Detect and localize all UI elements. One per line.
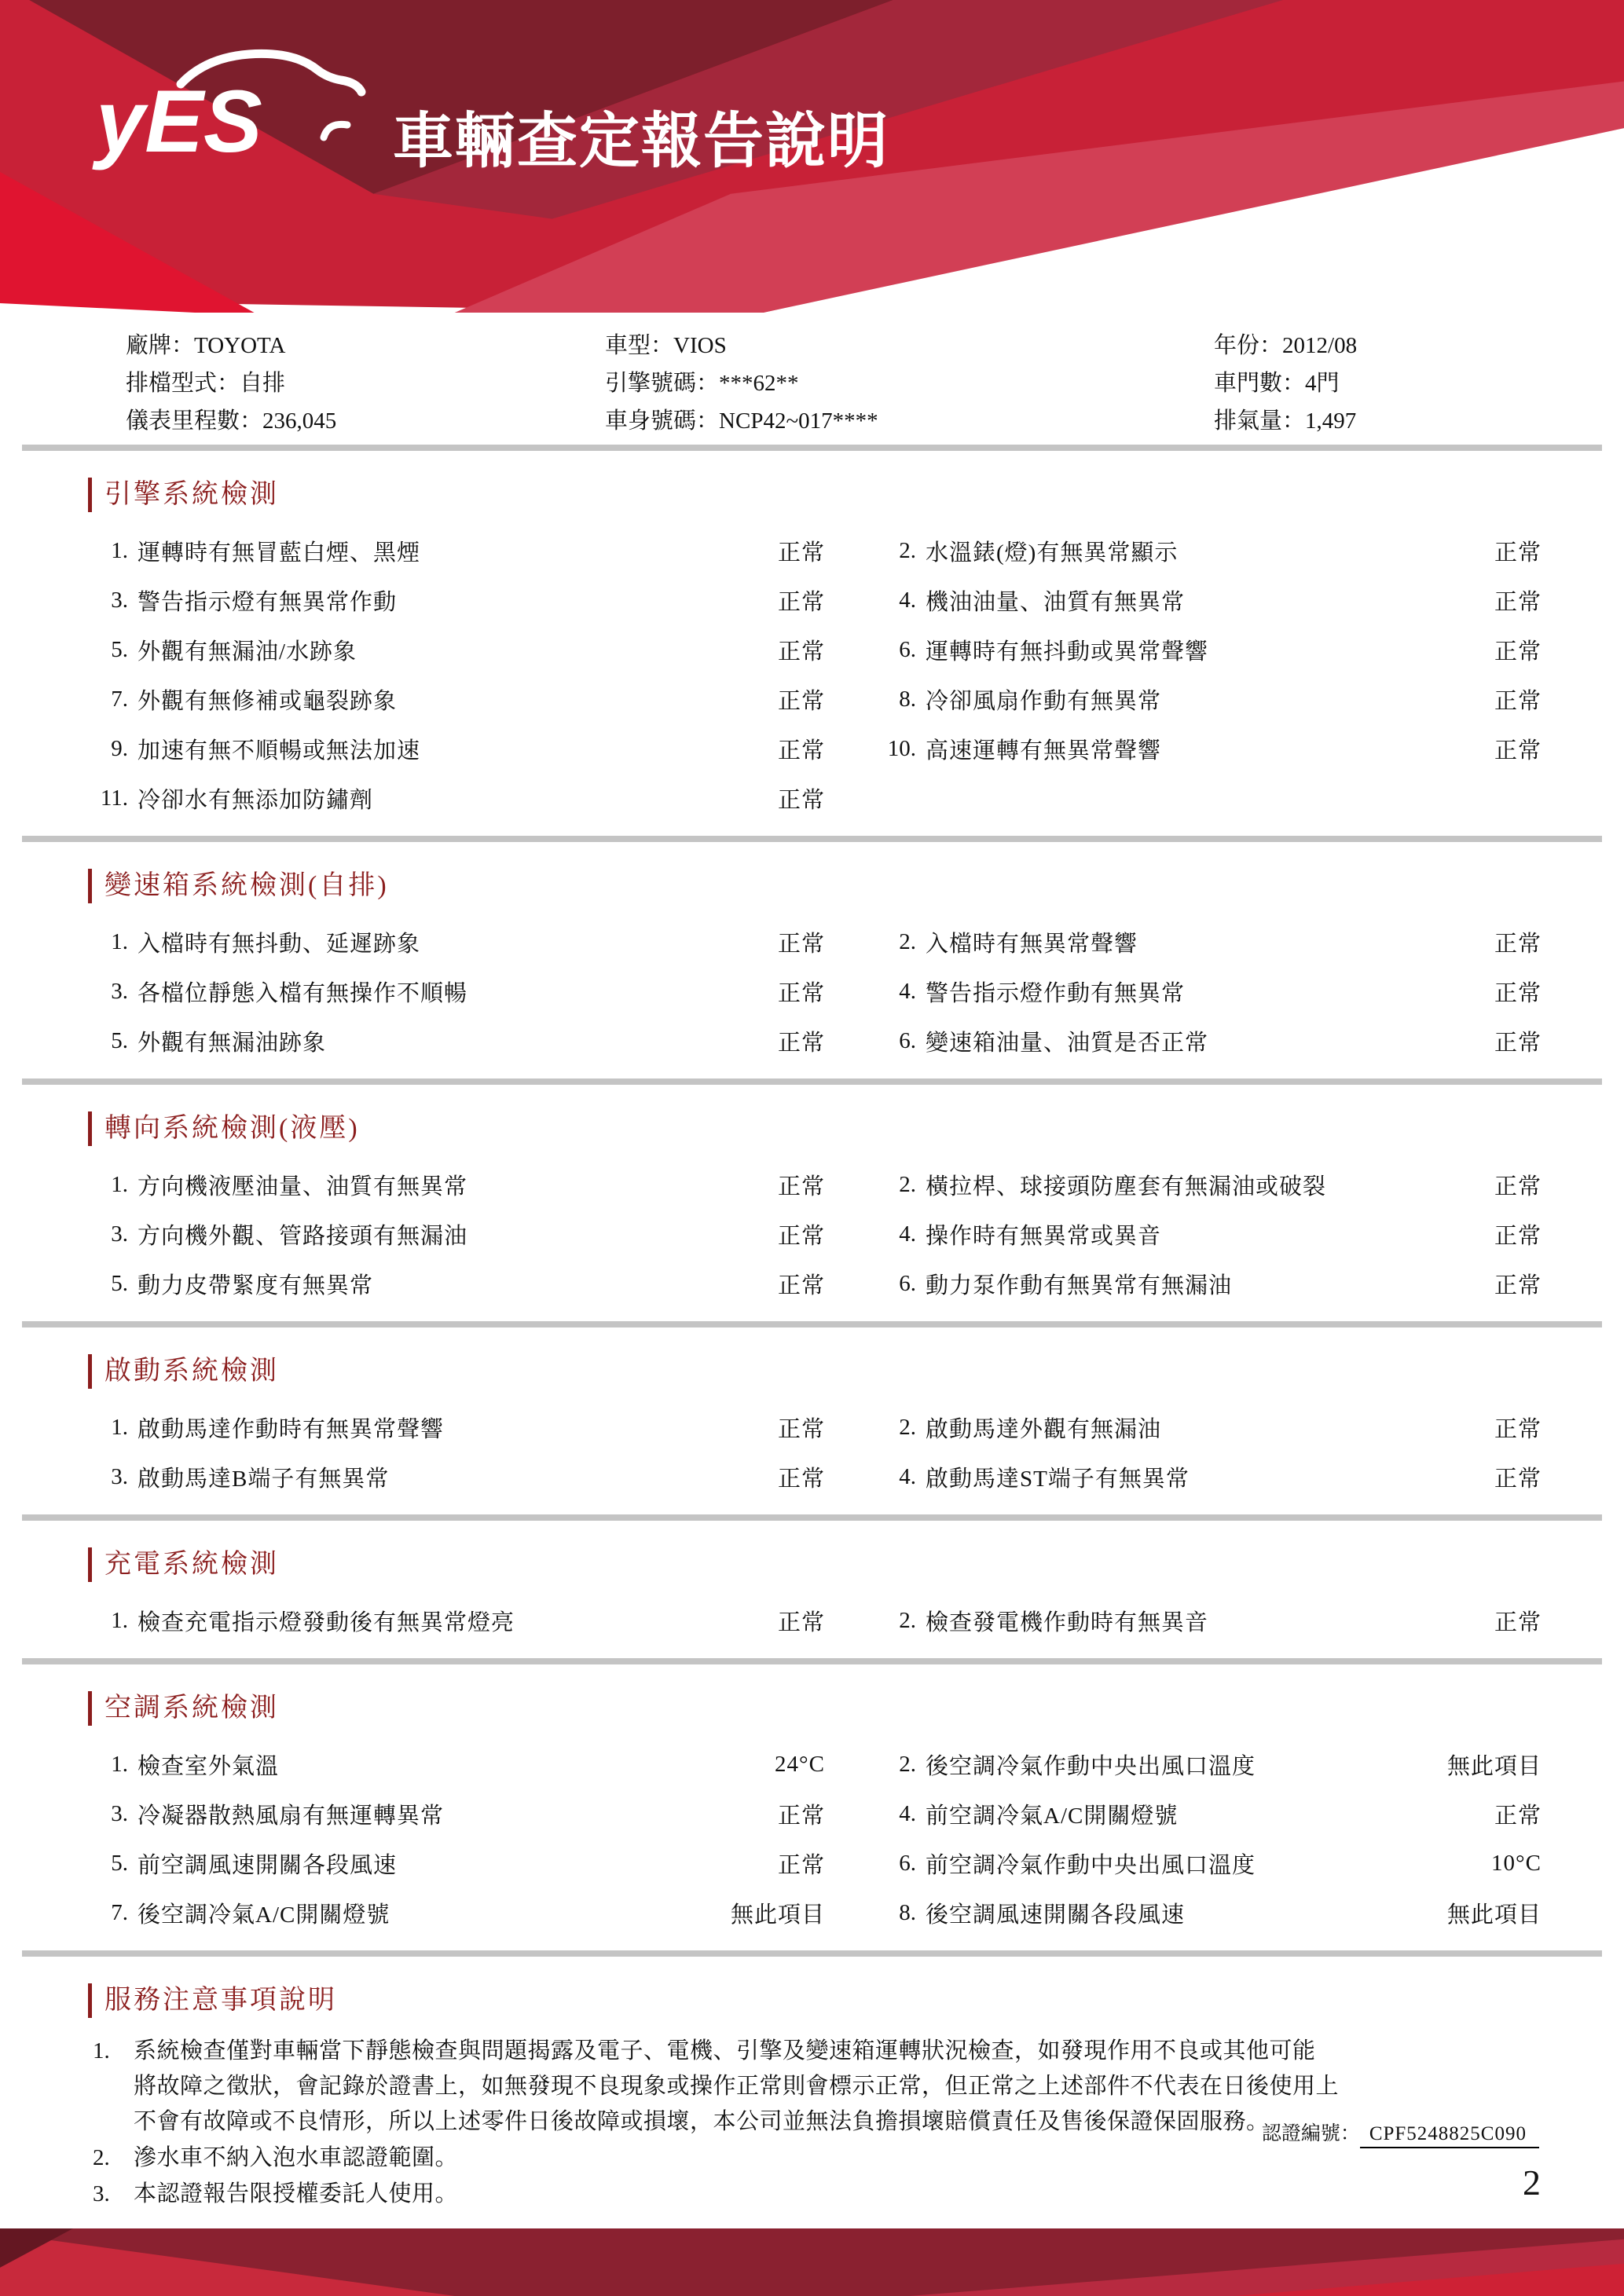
item-result: 正常 <box>676 733 825 765</box>
inspection-item: 4.前空調冷氣A/C開關燈號正常 <box>871 1798 1542 1830</box>
vehicle-info-field: 車型：VIOS <box>605 327 1214 364</box>
item-number: 1. <box>82 1415 128 1441</box>
item-label: 入檔時有無抖動、延遲跡象 <box>128 926 676 958</box>
item-result: 正常 <box>1392 683 1542 716</box>
vehicle-info-value: TOYOTA <box>194 333 285 358</box>
item-number: 4. <box>871 588 916 613</box>
item-number: 3. <box>82 979 128 1005</box>
item-result: 正常 <box>1392 1461 1542 1493</box>
item-number: 3. <box>82 1801 128 1827</box>
item-result: 正常 <box>676 1847 825 1880</box>
item-row: 3.啟動馬達B端子有無異常正常4.啟動馬達ST端子有無異常正常 <box>0 1452 1624 1502</box>
vehicle-info: 廠牌：TOYOTA車型：VIOS年份：2012/08排檔型式：自排引擎號碼：**… <box>0 313 1624 440</box>
item-label: 啟動馬達外觀有無漏油 <box>916 1412 1392 1444</box>
item-label: 變速箱油量、油質是否正常 <box>916 1025 1392 1057</box>
item-number: 2. <box>871 538 916 564</box>
item-number: 6. <box>871 637 916 663</box>
yes-logo-text: yES <box>92 72 262 170</box>
divider <box>22 445 1602 451</box>
note-number: 2. <box>93 2140 134 2176</box>
item-result: 正常 <box>676 976 825 1008</box>
item-label: 警告指示燈作動有無異常 <box>916 976 1392 1008</box>
inspection-item: 4.操作時有無異常或異音正常 <box>871 1218 1542 1251</box>
item-number: 1. <box>82 1608 128 1634</box>
item-number: 10. <box>871 736 916 762</box>
vehicle-info-field: 排檔型式：自排 <box>126 364 605 402</box>
item-result: 正常 <box>676 1025 825 1057</box>
item-row: 5.外觀有無漏油跡象正常6.變速箱油量、油質是否正常正常 <box>0 1016 1624 1066</box>
item-row: 1.檢查充電指示燈發動後有無異常燈亮正常2.檢查發電機作動時有無異音正常 <box>0 1596 1624 1646</box>
item-result: 正常 <box>676 1218 825 1251</box>
inspection-item: 8.後空調風速開關各段風速無此項目 <box>871 1897 1542 1929</box>
section-items: 1.檢查充電指示燈發動後有無異常燈亮正常2.檢查發電機作動時有無異音正常 <box>0 1596 1624 1646</box>
item-row: 1.入檔時有無抖動、延遲跡象正常2.入檔時有無異常聲響正常 <box>0 917 1624 967</box>
report-body: 引擎系統檢測1.運轉時有無冒藍白煙、黑煙正常2.水溫錶(燈)有無異常顯示正常3.… <box>0 478 1624 2212</box>
item-result: 正常 <box>676 683 825 716</box>
item-result: 正常 <box>1392 634 1542 666</box>
vehicle-info-field: 車身號碼：NCP42~017**** <box>605 402 1214 440</box>
vehicle-info-field: 排氣量：1,497 <box>1214 402 1624 440</box>
item-number: 5. <box>82 637 128 663</box>
section-title: 空調系統檢測 <box>88 1691 279 1726</box>
item-number: 3. <box>82 588 128 613</box>
inspection-item: 1.檢查室外氣溫24°C <box>82 1749 825 1781</box>
item-result: 10°C <box>1392 1851 1542 1877</box>
page-number: 2 <box>1523 2162 1541 2203</box>
item-label: 動力泵作動有無異常有無漏油 <box>916 1268 1392 1300</box>
vehicle-info-value: NCP42~017**** <box>719 408 878 434</box>
report-page: yES 車輛查定報告說明 廠牌：TOYOTA車型：VIOS年份：2012/08排… <box>0 0 1624 2296</box>
inspection-item: 5.動力皮帶緊度有無異常正常 <box>82 1268 825 1300</box>
section-title: 引擎系統檢測 <box>88 478 279 512</box>
item-label: 水溫錶(燈)有無異常顯示 <box>916 535 1392 567</box>
inspection-item: 2.橫拉桿、球接頭防塵套有無漏油或破裂正常 <box>871 1169 1542 1201</box>
item-number: 2. <box>871 929 916 955</box>
inspection-item: 1.方向機液壓油量、油質有無異常正常 <box>82 1169 825 1201</box>
item-label: 後空調冷氣A/C開關燈號 <box>128 1897 676 1929</box>
item-number: 2. <box>871 1172 916 1198</box>
inspection-item: 3.警告指示燈有無異常作動正常 <box>82 584 825 617</box>
inspection-item: 2.水溫錶(燈)有無異常顯示正常 <box>871 535 1542 567</box>
certification-number: CPF5248825C090 <box>1360 2123 1539 2148</box>
item-result: 正常 <box>676 1412 825 1444</box>
item-result: 正常 <box>1392 1218 1542 1251</box>
divider <box>22 836 1602 842</box>
item-label: 操作時有無異常或異音 <box>916 1218 1392 1251</box>
inspection-item: 5.外觀有無漏油/水跡象正常 <box>82 634 825 666</box>
yes-logo: yES <box>88 43 387 185</box>
item-number: 1. <box>82 538 128 564</box>
vehicle-info-value: 4門 <box>1305 371 1340 396</box>
vehicle-info-value: 236,045 <box>262 408 336 434</box>
item-label: 各檔位靜態入檔有無操作不順暢 <box>128 976 676 1008</box>
vehicle-info-label: 排氣量 <box>1214 408 1282 434</box>
inspection-item: 7.外觀有無修補或龜裂跡象正常 <box>82 683 825 716</box>
inspection-item: 9.加速有無不順暢或無法加速正常 <box>82 733 825 765</box>
vehicle-info-field: 儀表里程數：236,045 <box>126 402 605 440</box>
item-label: 方向機外觀、管路接頭有無漏油 <box>128 1218 676 1251</box>
vehicle-info-value: ***62** <box>719 371 799 396</box>
inspection-item: 7.後空調冷氣A/C開關燈號無此項目 <box>82 1897 825 1929</box>
item-result: 正常 <box>1392 1605 1542 1637</box>
item-number: 2. <box>871 1752 916 1778</box>
item-row: 3.警告指示燈有無異常作動正常4.機油油量、油質有無異常正常 <box>0 576 1624 625</box>
item-label: 加速有無不順暢或無法加速 <box>128 733 676 765</box>
inspection-item: 6.前空調冷氣作動中央出風口溫度10°C <box>871 1847 1542 1880</box>
vehicle-info-label: 年份 <box>1214 333 1259 358</box>
item-number: 7. <box>82 687 128 712</box>
vehicle-info-field: 引擎號碼：***62** <box>605 364 1214 402</box>
inspection-item: 8.冷卻風扇作動有無異常正常 <box>871 683 1542 716</box>
item-number: 6. <box>871 1271 916 1297</box>
item-row: 5.外觀有無漏油/水跡象正常6.運轉時有無抖動或異常聲響正常 <box>0 625 1624 675</box>
inspection-item: 1.檢查充電指示燈發動後有無異常燈亮正常 <box>82 1605 825 1637</box>
item-label: 橫拉桿、球接頭防塵套有無漏油或破裂 <box>916 1169 1392 1201</box>
item-row: 9.加速有無不順暢或無法加速正常10.高速運轉有無異常聲響正常 <box>0 724 1624 774</box>
item-number: 1. <box>82 929 128 955</box>
item-row: 7.後空調冷氣A/C開關燈號無此項目8.後空調風速開關各段風速無此項目 <box>0 1888 1624 1938</box>
vehicle-info-field: 車門數：4門 <box>1214 364 1624 402</box>
item-result: 正常 <box>1392 976 1542 1008</box>
section-title: 啟動系統檢測 <box>88 1354 279 1389</box>
item-label: 入檔時有無異常聲響 <box>916 926 1392 958</box>
item-label: 冷卻風扇作動有無異常 <box>916 683 1392 716</box>
divider <box>22 1514 1602 1521</box>
inspection-item: 2.後空調冷氣作動中央出風口溫度無此項目 <box>871 1749 1542 1781</box>
inspection-item: 1.運轉時有無冒藍白煙、黑煙正常 <box>82 535 825 567</box>
yes-car-logo-icon: yES <box>88 43 387 185</box>
section-items: 1.方向機液壓油量、油質有無異常正常2.橫拉桿、球接頭防塵套有無漏油或破裂正常3… <box>0 1160 1624 1309</box>
item-number: 4. <box>871 1464 916 1490</box>
item-label: 前空調風速開關各段風速 <box>128 1847 676 1880</box>
vehicle-info-value: VIOS <box>673 333 727 358</box>
note-text: 本認證報告限授權委託人使用。 <box>134 2177 1531 2212</box>
inspection-item: 5.外觀有無漏油跡象正常 <box>82 1025 825 1057</box>
item-row: 3.方向機外觀、管路接頭有無漏油正常4.操作時有無異常或異音正常 <box>0 1210 1624 1259</box>
item-result: 正常 <box>676 584 825 617</box>
section-title: 轉向系統檢測(液壓) <box>88 1111 360 1146</box>
divider <box>22 1321 1602 1327</box>
certification-line: 認證編號：CPF5248825C090 <box>1262 2118 1539 2146</box>
item-label: 機油油量、油質有無異常 <box>916 584 1392 617</box>
inspection-item: 2.入檔時有無異常聲響正常 <box>871 926 1542 958</box>
item-number: 2. <box>871 1415 916 1441</box>
inspection-item: 6.變速箱油量、油質是否正常正常 <box>871 1025 1542 1057</box>
item-result: 正常 <box>676 926 825 958</box>
item-result: 正常 <box>1392 926 1542 958</box>
section-items: 1.運轉時有無冒藍白煙、黑煙正常2.水溫錶(燈)有無異常顯示正常3.警告指示燈有… <box>0 526 1624 823</box>
item-result: 正常 <box>1392 535 1542 567</box>
inspection-item: 3.啟動馬達B端子有無異常正常 <box>82 1461 825 1493</box>
item-number: 8. <box>871 1900 916 1926</box>
item-result: 正常 <box>1392 733 1542 765</box>
item-label: 方向機液壓油量、油質有無異常 <box>128 1169 676 1201</box>
item-label: 外觀有無漏油/水跡象 <box>128 634 676 666</box>
item-result: 正常 <box>676 1169 825 1201</box>
item-label: 高速運轉有無異常聲響 <box>916 733 1392 765</box>
inspection-item: 3.各檔位靜態入檔有無操作不順暢正常 <box>82 976 825 1008</box>
notes-title: 服務注意事項說明 <box>88 1983 337 2018</box>
vehicle-info-label: 儀表里程數 <box>126 408 240 434</box>
page-title: 車輛查定報告說明 <box>393 93 889 180</box>
item-result: 正常 <box>676 782 825 815</box>
item-result: 正常 <box>1392 1268 1542 1300</box>
inspection-item: 6.運轉時有無抖動或異常聲響正常 <box>871 634 1542 666</box>
item-result: 無此項目 <box>676 1897 825 1929</box>
vehicle-info-label: 車型 <box>605 333 651 358</box>
vehicle-info-label: 引擎號碼 <box>605 371 696 396</box>
inspection-item: 1.啟動馬達作動時有無異常聲響正常 <box>82 1412 825 1444</box>
item-label: 外觀有無漏油跡象 <box>128 1025 676 1057</box>
item-label: 冷凝器散熱風扇有無運轉異常 <box>128 1798 676 1830</box>
note-number: 3. <box>93 2177 134 2212</box>
item-label: 後空調風速開關各段風速 <box>916 1897 1392 1929</box>
inspection-item: 11.冷卻水有無添加防鏽劑正常 <box>82 782 825 815</box>
item-number: 5. <box>82 1271 128 1297</box>
item-label: 檢查充電指示燈發動後有無異常燈亮 <box>128 1605 676 1637</box>
inspection-item: 5.前空調風速開關各段風速正常 <box>82 1847 825 1880</box>
item-result: 正常 <box>676 1605 825 1637</box>
vehicle-info-value: 1,497 <box>1305 408 1356 434</box>
item-result: 正常 <box>1392 1798 1542 1830</box>
item-label: 動力皮帶緊度有無異常 <box>128 1268 676 1300</box>
divider <box>22 1658 1602 1664</box>
vehicle-info-label: 車門數 <box>1214 371 1282 396</box>
item-label: 啟動馬達B端子有無異常 <box>128 1461 676 1493</box>
item-label: 啟動馬達作動時有無異常聲響 <box>128 1412 676 1444</box>
item-result: 正常 <box>676 1461 825 1493</box>
section-items: 1.入檔時有無抖動、延遲跡象正常2.入檔時有無異常聲響正常3.各檔位靜態入檔有無… <box>0 917 1624 1066</box>
item-label: 前空調冷氣A/C開關燈號 <box>916 1798 1392 1830</box>
item-result: 正常 <box>676 1798 825 1830</box>
item-number: 6. <box>871 1028 916 1054</box>
item-label: 啟動馬達ST端子有無異常 <box>916 1461 1392 1493</box>
item-label: 運轉時有無冒藍白煙、黑煙 <box>128 535 676 567</box>
item-row: 1.啟動馬達作動時有無異常聲響正常2.啟動馬達外觀有無漏油正常 <box>0 1403 1624 1452</box>
item-row: 5.動力皮帶緊度有無異常正常6.動力泵作動有無異常有無漏油正常 <box>0 1259 1624 1309</box>
item-result: 正常 <box>676 1268 825 1300</box>
item-label: 檢查室外氣溫 <box>128 1749 676 1781</box>
item-number: 3. <box>82 1221 128 1247</box>
item-result: 正常 <box>1392 1169 1542 1201</box>
inspection-item: 4.警告指示燈作動有無異常正常 <box>871 976 1542 1008</box>
item-row: 1.檢查室外氣溫24°C2.後空調冷氣作動中央出風口溫度無此項目 <box>0 1740 1624 1789</box>
item-label: 警告指示燈有無異常作動 <box>128 584 676 617</box>
item-number: 5. <box>82 1851 128 1877</box>
item-row: 1.方向機液壓油量、油質有無異常正常2.橫拉桿、球接頭防塵套有無漏油或破裂正常 <box>0 1160 1624 1210</box>
item-result: 正常 <box>1392 1025 1542 1057</box>
item-number: 8. <box>871 687 916 712</box>
header-banner: yES 車輛查定報告說明 <box>0 0 1624 313</box>
inspection-item: 10.高速運轉有無異常聲響正常 <box>871 733 1542 765</box>
section-title: 充電系統檢測 <box>88 1547 279 1582</box>
item-result: 24°C <box>676 1752 825 1778</box>
note-number: 1. <box>93 2034 134 2140</box>
item-number: 6. <box>871 1851 916 1877</box>
divider <box>22 1950 1602 1957</box>
inspection-item: 3.冷凝器散熱風扇有無運轉異常正常 <box>82 1798 825 1830</box>
note-item: 3.本認證報告限授權委託人使用。 <box>93 2177 1531 2212</box>
vehicle-info-field: 年份：2012/08 <box>1214 327 1624 364</box>
vehicle-info-label: 排檔型式 <box>126 371 217 396</box>
inspection-item: 2.啟動馬達外觀有無漏油正常 <box>871 1412 1542 1444</box>
item-label: 冷卻水有無添加防鏽劑 <box>128 782 676 815</box>
footer-banner <box>0 2228 1624 2296</box>
item-label: 後空調冷氣作動中央出風口溫度 <box>916 1749 1392 1781</box>
item-row: 3.冷凝器散熱風扇有無運轉異常正常4.前空調冷氣A/C開關燈號正常 <box>0 1789 1624 1839</box>
item-number: 4. <box>871 1801 916 1827</box>
item-label: 運轉時有無抖動或異常聲響 <box>916 634 1392 666</box>
inspection-item: 6.動力泵作動有無異常有無漏油正常 <box>871 1268 1542 1300</box>
section-items: 1.檢查室外氣溫24°C2.後空調冷氣作動中央出風口溫度無此項目3.冷凝器散熱風… <box>0 1740 1624 1938</box>
divider <box>22 1078 1602 1085</box>
item-result: 正常 <box>676 634 825 666</box>
item-number: 2. <box>871 1608 916 1634</box>
item-result: 無此項目 <box>1392 1749 1542 1781</box>
section-title: 變速箱系統檢測(自排) <box>88 869 389 903</box>
item-number: 1. <box>82 1752 128 1778</box>
item-number: 1. <box>82 1172 128 1198</box>
item-row: 3.各檔位靜態入檔有無操作不順暢正常4.警告指示燈作動有無異常正常 <box>0 967 1624 1016</box>
item-result: 正常 <box>676 535 825 567</box>
inspection-item: 4.機油油量、油質有無異常正常 <box>871 584 1542 617</box>
item-row: 11.冷卻水有無添加防鏽劑正常 <box>0 774 1624 823</box>
item-result: 無此項目 <box>1392 1897 1542 1929</box>
item-number: 3. <box>82 1464 128 1490</box>
certification-label: 認證編號： <box>1262 2123 1360 2144</box>
item-row: 1.運轉時有無冒藍白煙、黑煙正常2.水溫錶(燈)有無異常顯示正常 <box>0 526 1624 576</box>
inspection-item: 3.方向機外觀、管路接頭有無漏油正常 <box>82 1218 825 1251</box>
item-number: 5. <box>82 1028 128 1054</box>
item-result: 正常 <box>1392 1412 1542 1444</box>
item-number: 4. <box>871 979 916 1005</box>
item-number: 7. <box>82 1900 128 1926</box>
item-label: 外觀有無修補或龜裂跡象 <box>128 683 676 716</box>
vehicle-info-value: 自排 <box>240 371 285 396</box>
vehicle-info-label: 車身號碼 <box>605 408 696 434</box>
item-row: 7.外觀有無修補或龜裂跡象正常8.冷卻風扇作動有無異常正常 <box>0 675 1624 724</box>
inspection-item: 2.檢查發電機作動時有無異音正常 <box>871 1605 1542 1637</box>
inspection-item: 4.啟動馬達ST端子有無異常正常 <box>871 1461 1542 1493</box>
item-number: 9. <box>82 736 128 762</box>
item-number: 11. <box>82 785 128 811</box>
item-result: 正常 <box>1392 584 1542 617</box>
item-row: 5.前空調風速開關各段風速正常6.前空調冷氣作動中央出風口溫度10°C <box>0 1839 1624 1888</box>
vehicle-info-value: 2012/08 <box>1282 333 1357 358</box>
item-number: 4. <box>871 1221 916 1247</box>
section-items: 1.啟動馬達作動時有無異常聲響正常2.啟動馬達外觀有無漏油正常3.啟動馬達B端子… <box>0 1403 1624 1502</box>
vehicle-info-field: 廠牌：TOYOTA <box>126 327 605 364</box>
inspection-item: 1.入檔時有無抖動、延遲跡象正常 <box>82 926 825 958</box>
item-label: 前空調冷氣作動中央出風口溫度 <box>916 1847 1392 1880</box>
vehicle-info-label: 廠牌 <box>126 333 171 358</box>
item-label: 檢查發電機作動時有無異音 <box>916 1605 1392 1637</box>
